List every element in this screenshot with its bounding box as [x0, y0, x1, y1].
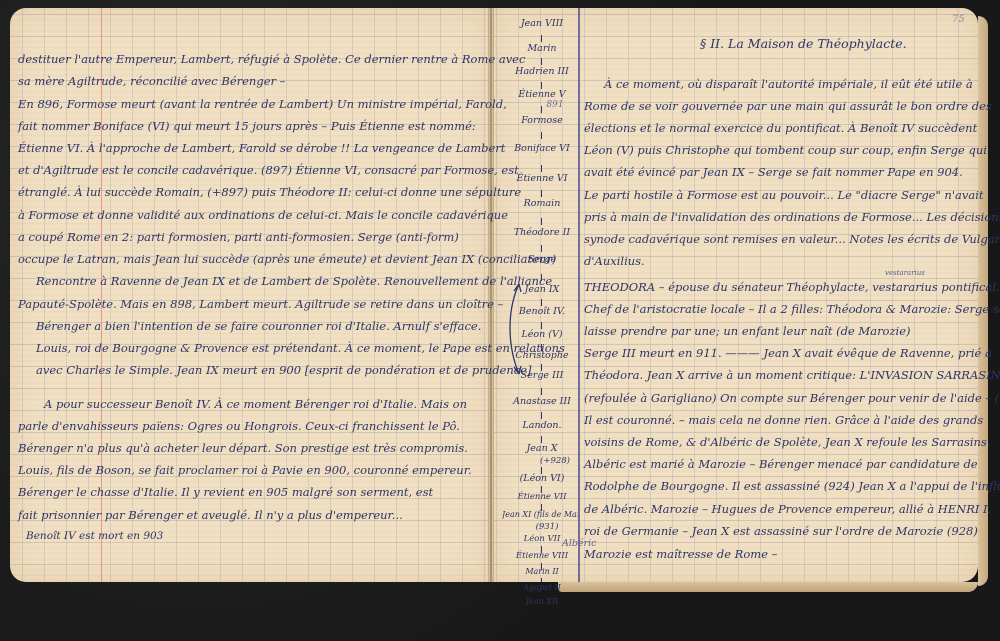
text-line: à Formose et donne validité aux ordinati… [18, 208, 508, 222]
text-line: élections et le normal exercice du ponti… [584, 121, 977, 135]
text-line: Benoît IV est mort en 903 [26, 530, 163, 542]
text-line: et d'Agiltrude est le concile cadavériqu… [18, 163, 519, 177]
page-number: 75 [952, 14, 965, 25]
timeline-year-note: (931) [527, 522, 567, 532]
text-line: Il est couronné. – mais cela ne donne ri… [584, 413, 983, 427]
timeline-entry: Théodore II [502, 227, 582, 238]
timeline-connector [541, 165, 542, 172]
timeline-connector [541, 58, 542, 65]
timeline-entry: Anastase III [502, 396, 582, 407]
timeline-entry: Jean VIII [502, 18, 582, 29]
timeline-connector [541, 578, 542, 582]
text-line: a coupé Rome en 2: parti formosien, part… [18, 230, 459, 244]
text-line: destituer l'autre Empereur, Lambert, réf… [18, 52, 525, 66]
timeline-year-note: 891 [540, 100, 570, 110]
timeline-entry: Romain [502, 198, 582, 209]
text-line: Chef de l'aristocratie locale – Il a 2 f… [584, 302, 1000, 316]
text-line: THEODORA – épouse du sénateur Théophylac… [584, 280, 1000, 294]
text-line: Papauté-Spolète. Mais en 898, Lambert me… [18, 297, 503, 311]
text-line: synode cadavérique sont remises en valeu… [584, 232, 1000, 246]
text-line: Serge III meurt en 911. ——— Jean X avait… [584, 346, 992, 360]
timeline-connector [541, 218, 542, 225]
timeline-connector [541, 388, 542, 395]
text-line: Louis, roi de Bourgogne & Provence est p… [36, 341, 565, 355]
text-line: Rodolphe de Bourgogne. Il est assassiné … [584, 479, 1000, 493]
text-line: roi de Germanie – Jean X est assassiné s… [584, 524, 978, 538]
timeline-entry: Landon. [502, 420, 582, 431]
superscript-note: vestararius [885, 269, 925, 277]
text-line: pris à main de l'invalidation des ordina… [584, 210, 1000, 224]
text-line: Bérenger le chasse d'Italie. Il y revien… [18, 485, 433, 499]
text-line: A pour successeur Benoît IV. À ce moment… [44, 397, 467, 411]
timeline-entry: Formose [502, 115, 582, 126]
timeline-connector [541, 245, 542, 252]
timeline-connector [541, 412, 542, 419]
text-line: fait prisonnier par Bérenger et aveuglé.… [18, 508, 403, 522]
text-line: Albéric est marié à Marozie – Bérenger m… [584, 457, 978, 471]
timeline-entry: Marin [502, 43, 582, 54]
section-heading: § II. La Maison de Théophylacte. [700, 36, 907, 51]
text-line: Léon (V) puis Christophe qui tombent cou… [584, 143, 987, 157]
timeline-entry: Serge [502, 254, 582, 265]
timeline-connector [541, 274, 542, 281]
timeline-connector [541, 132, 542, 139]
timeline-entry: Marin II [502, 567, 582, 576]
timeline-entry: Étienne VIII [502, 551, 582, 561]
text-line: voisins de Rome, & d'Albéric de Spolète,… [584, 435, 991, 449]
timeline-entry: Jean XII [502, 597, 582, 606]
text-line: Théodora. Jean X arrive à un moment crit… [584, 368, 1000, 382]
timeline-death-note: (+928) [525, 456, 585, 466]
text-line: fait nommer Boniface (VI) qui meurt 15 j… [18, 119, 476, 133]
text-line: Marozie est maîtresse de Rome – [584, 547, 777, 561]
text-line: Bérenger n'a plus qu'à acheter leur dépa… [18, 441, 468, 455]
text-line: Étienne VI. À l'approche de Lambert, Far… [18, 141, 505, 155]
text-line: laisse prendre par une; un enfant leur n… [584, 324, 911, 338]
timeline-entry: Étienne VI [502, 173, 582, 184]
text-line: étranglé. À lui succède Romain, (+897) p… [18, 185, 521, 199]
timeline-entry: Boniface VI [502, 143, 582, 154]
timeline-entry: Agapet II [502, 583, 582, 592]
double-arrow-icon [505, 280, 525, 380]
text-line: (refoulée à Garigliano) On compte sur Bé… [584, 391, 1000, 405]
timeline-connector [541, 299, 542, 306]
text-line: de Albéric. Marozie – Hugues de Provence… [584, 502, 991, 516]
timeline-entry: Jean X [502, 443, 582, 454]
text-line: d'Auxilius. [584, 254, 645, 268]
timeline-connector [541, 82, 542, 89]
timeline-connector [541, 190, 542, 197]
text-line: Le parti hostile à Formose est au pouvoi… [584, 188, 984, 202]
text-line: En 896, Formose meurt (avant la rentrée … [18, 97, 507, 111]
text-line: parle d'envahisseurs païens: Ogres ou Ho… [18, 419, 460, 433]
page-stack-edge-bottom [558, 582, 978, 592]
timeline-entry: Étienne VII [502, 492, 582, 502]
text-line: Bérenger a bien l'intention de se faire … [36, 319, 481, 333]
text-line: À ce moment, où disparaît l'autorité imp… [604, 77, 973, 91]
text-line: Rome de se voir gouvernée par une main q… [584, 99, 992, 113]
text-line: Rencontre à Ravenne de Jean IX et de Lam… [36, 274, 552, 288]
text-line: avait été évincé par Jean IX – Serge se … [584, 165, 963, 179]
text-line: occupe le Latran, mais Jean lui succède … [18, 252, 556, 266]
timeline-connector [541, 35, 542, 42]
text-line: sa mère Agiltrude, réconcilié avec Béren… [18, 74, 285, 88]
notebook-spine [488, 8, 494, 582]
timeline-entry: (Léon VI) [502, 473, 582, 484]
timeline-connector [541, 322, 542, 329]
timeline-entry: Jean XI (fils de Marozie) [502, 510, 578, 519]
timeline-entry: Étienne V [502, 89, 582, 100]
text-line: avec Charles le Simple. Jean IX meurt en… [36, 363, 532, 377]
text-line: Louis, fils de Boson, se fait proclamer … [18, 463, 472, 477]
timeline-entry: Hadrien III [502, 66, 582, 77]
timeline-connector [541, 436, 542, 443]
